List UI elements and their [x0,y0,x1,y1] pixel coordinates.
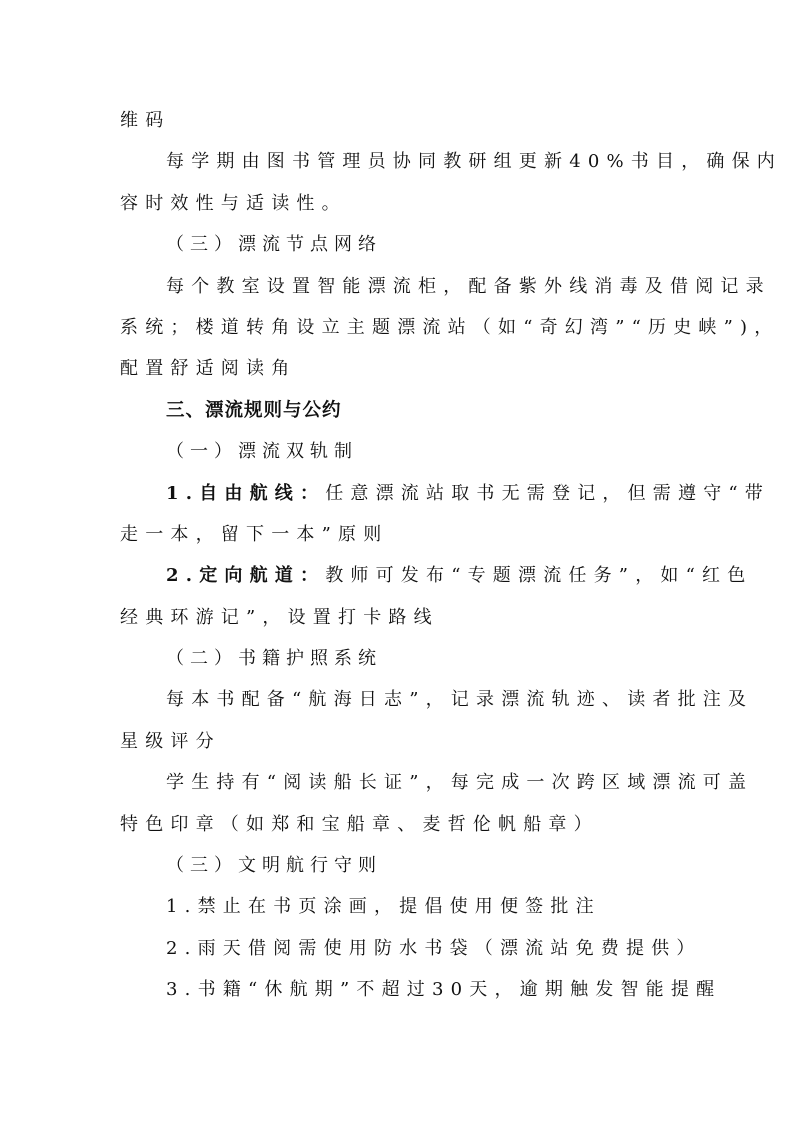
directed-route-text: 教师可发布“专题漂流任务”，如“红色 [325,565,752,586]
paragraph-free-route: 1.自由航线：任意漂流站取书无需登记，但需遵守“带 [120,473,676,514]
paragraph-classroom-cabinet-cont: 系统；楼道转角设立主题漂流站（如“奇幻湾”“历史峡”)， [120,307,676,348]
paragraph-classroom-cabinet: 每个教室设置智能漂流柜，配备紫外线消毒及借阅记录 [120,266,676,307]
subheading-dual-track: （一）漂流双轨制 [120,431,676,472]
paragraph-book-update: 每学期由图书管理员协同教研组更新40%书目，确保内 [120,141,676,182]
document-page: 维码 每学期由图书管理员协同教研组更新40%书目，确保内 容时效性与适读性。 （… [120,100,676,1011]
free-route-text: 任意漂流站取书无需登记，但需遵守“带 [325,483,770,504]
paragraph-continuation: 维码 [120,100,676,141]
paragraph-log-cont: 星级评分 [120,721,676,762]
paragraph-classroom-cabinet-end: 配置舒适阅读角 [120,348,676,389]
paragraph-captain-card: 学生持有“阅读船长证”，每完成一次跨区域漂流可盖 [120,762,676,803]
directed-route-label: 2.定向航道： [166,565,325,586]
subheading-book-passport: （二）书籍护照系统 [120,638,676,679]
paragraph-captain-card-cont: 特色印章（如郑和宝船章、麦哲伦帆船章） [120,804,676,845]
subheading-civil-rules: （三）文明航行守则 [120,845,676,886]
free-route-label: 1.自由航线： [166,483,325,504]
rule-item-3: 3.书籍“休航期”不超过30天，逾期触发智能提醒 [120,969,676,1010]
paragraph-directed-route-cont: 经典环游记”，设置打卡路线 [120,597,676,638]
rule-item-1: 1.禁止在书页涂画，提倡使用便签批注 [120,886,676,927]
rule-item-2: 2.雨天借阅需使用防水书袋（漂流站免费提供） [120,928,676,969]
subheading-node-network: （三）漂流节点网络 [120,224,676,265]
paragraph-directed-route: 2.定向航道：教师可发布“专题漂流任务”，如“红色 [120,555,676,596]
paragraph-log: 每本书配备“航海日志”，记录漂流轨迹、读者批注及 [120,679,676,720]
paragraph-free-route-cont: 走一本，留下一本”原则 [120,514,676,555]
paragraph-book-update-cont: 容时效性与适读性。 [120,183,676,224]
section-heading-rules: 三、漂流规则与公约 [120,390,676,431]
